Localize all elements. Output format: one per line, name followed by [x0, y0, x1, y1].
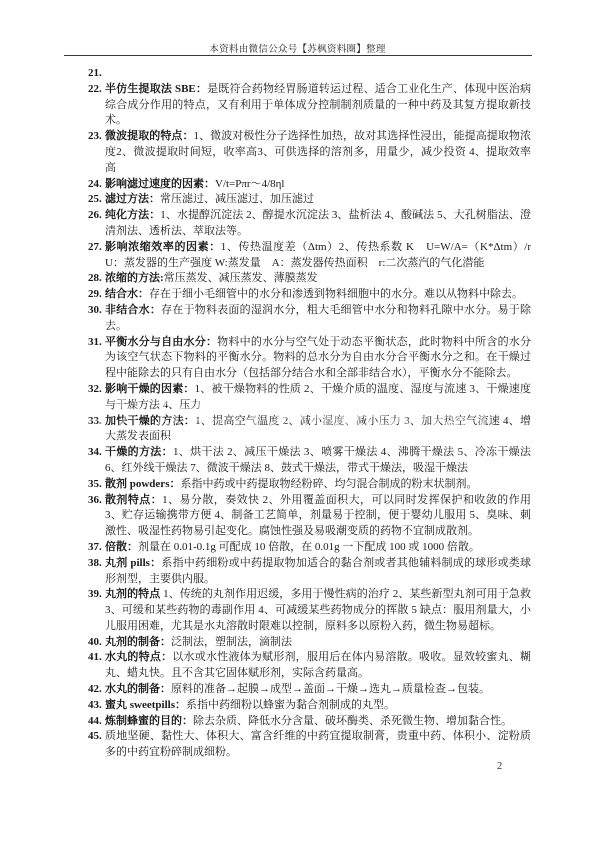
list-item: 39. 丸剂的特点 1、传统的丸剂作用迟缓，多用于慢性病的治疗 2、某些新型丸剂…: [88, 587, 531, 634]
list-item: 27. 影响浓缩效率的因素：1、传热温度差（Δtm）2、传热系数 K U=W/A…: [88, 240, 531, 272]
list-item: 25. 滤过方法：常压滤过、减压滤过、加压滤过: [88, 192, 531, 208]
item-text: 1、易分散，奏效快 2、外用覆盖面积大，可以同时发挥保护和收敛的作用 3、贮存运…: [105, 494, 531, 538]
item-term: 影响干燥的因素：: [105, 383, 195, 395]
item-text: 系指中药细粉或中药提取物加适合的黏合剂或者其他辅料制成的球形或类球形剂型，主要供…: [105, 557, 531, 585]
item-term: 微波提取的特点：: [105, 130, 194, 142]
item-number: 22.: [88, 82, 105, 98]
list-item: 36. 散剂特点：1、易分散，奏效快 2、外用覆盖面积大，可以同时发挥保护和收敛…: [88, 493, 531, 540]
item-text: 系指中药细粉以蜂蜜为黏合剂制成的丸型。: [186, 699, 395, 711]
item-number: 31.: [88, 335, 105, 351]
item-term: 丸剂 pills：: [105, 557, 161, 569]
list-item: 23. 微波提取的特点：1、微波对极性分子选择性加热，故对其选择性浸出，能提高提…: [88, 129, 531, 176]
item-number: 24.: [88, 177, 105, 193]
item-term: 平衡水分与自由水分：: [105, 336, 217, 348]
list-item: 44. 炼制蜂蜜的目的：除去杂质、降低水分含量、破坏酶类、杀死微生物、增加黏合性…: [88, 714, 531, 730]
item-text: 除去杂质、降低水分含量、破坏酶类、杀死微生物、增加黏合性。: [193, 715, 512, 727]
item-text: 存在于细小毛细管中的水分和渗透到物料细胞中的水分。难以从物料中除去。: [149, 288, 523, 300]
list-item: 28. 浓缩的方法:常压蒸发、减压蒸发、薄膜蒸发: [88, 271, 531, 287]
item-text: 系指中药或中药提取物经粉碎、均匀混合制成的粉末状制剂。: [180, 478, 477, 490]
item-term: 炼制蜂蜜的目的：: [105, 715, 193, 727]
item-number: 35.: [88, 477, 105, 493]
item-number: 45.: [88, 729, 105, 745]
item-number: 26.: [88, 208, 105, 224]
list-item: 26. 纯化方法：1、水提醇沉淀法 2、醇提水沉淀法 3、盐析法 4、酸碱法 5…: [88, 208, 531, 240]
list-item: 42. 水丸的制备：原料的准备→起膜→成型→盖面→干燥→选丸→质量检查→包装。: [88, 682, 531, 698]
list-item: 31. 平衡水分与自由水分：物料中的水分与空气处于动态平衡状态，此时物料中所含的…: [88, 335, 531, 382]
item-number: 39.: [88, 587, 105, 603]
item-term: 纯化方法：: [105, 209, 160, 221]
item-text: 常压蒸发、减压蒸发、薄膜蒸发: [164, 272, 318, 284]
item-number: 27.: [88, 240, 105, 256]
item-text: 泛制法，塑制法，滴制法: [171, 636, 292, 648]
item-term: 影响浓缩效率的因素：: [105, 241, 221, 253]
list-item: 37. 倍散：剂量在 0.01-0.1g 可配成 10 倍散，在 0.01g 一…: [88, 540, 531, 556]
item-term: 水丸的制备：: [105, 683, 171, 695]
item-number: 23.: [88, 129, 105, 145]
item-text: 质地坚硬、黏性大、体积大、富含纤维的中药宜提取制膏，贵重中药、体积小、淀粉质多的…: [105, 730, 531, 758]
list-item: 22. 半仿生提取法 SBE：是既符合药物经胃肠道转运过程、适合工业化生产、体现…: [88, 82, 531, 129]
page-header-text: 本资料由微信公众号【苏枫资料圈】整理: [0, 41, 595, 55]
page-number: 2: [497, 761, 502, 772]
item-number: 21.: [88, 66, 105, 82]
item-number: 38.: [88, 556, 105, 572]
item-text: 常压滤过、减压滤过、加压滤过: [160, 193, 314, 205]
item-term: 倍散：: [105, 541, 138, 553]
items-list: 21. 22. 半仿生提取法 SBE：是既符合药物经胃肠道转运过程、适合工业化生…: [88, 66, 531, 761]
list-item: 41. 水丸的特点：以水或水性液体为赋形剂，服用后在体内易溶散。吸收。显效较蜜丸…: [88, 650, 531, 682]
list-item: 33. 加快干燥的方法：1、提高空气温度 2、减小湿度、减小压力 3、加大热空气…: [88, 414, 531, 446]
list-item: 34. 干燥的方法：1、烘干法 2、减压干燥法 3、喷雾干燥法 4、沸腾干燥法 …: [88, 445, 531, 477]
list-item: 30. 非结合水：存在于物料表面的湿润水分，粗大毛细管中水分和物料孔隙中水分。易…: [88, 303, 531, 335]
list-item: 40. 丸剂的制备：泛制法，塑制法，滴制法: [88, 635, 531, 651]
item-term: 半仿生提取法 SBE：: [105, 83, 207, 95]
item-number: 29.: [88, 287, 105, 303]
item-number: 32.: [88, 382, 105, 398]
item-term: 非结合水：: [105, 304, 161, 316]
list-item: 38. 丸剂 pills：系指中药细粉或中药提取物加适合的黏合剂或者其他辅料制成…: [88, 556, 531, 588]
list-item: 43. 蜜丸 sweetpills：系指中药细粉以蜂蜜为黏合剂制成的丸型。: [88, 698, 531, 714]
item-number: 36.: [88, 493, 105, 509]
item-text: V/t=Pπr～4/8ηl: [215, 178, 284, 190]
item-text: 原料的准备→起膜→成型→盖面→干燥→选丸→质量检查→包装。: [171, 683, 490, 695]
list-item: 45. 质地坚硬、黏性大、体积大、富含纤维的中药宜提取制膏，贵重中药、体积小、淀…: [88, 729, 531, 761]
list-item: 29. 结合水：存在于细小毛细管中的水分和渗透到物料细胞中的水分。难以从物料中除…: [88, 287, 531, 303]
header-rule: [64, 55, 532, 56]
item-term: 影响滤过速度的因素：: [105, 178, 215, 190]
item-number: 44.: [88, 714, 105, 730]
item-term: 加快干燥的方法：: [105, 415, 195, 427]
item-number: 37.: [88, 540, 105, 556]
item-text: 剂量在 0.01-0.1g 可配成 10 倍散，在 0.01g 一下配成 100…: [138, 541, 480, 553]
item-number: 34.: [88, 445, 105, 461]
item-term: 蜜丸 sweetpills：: [105, 699, 186, 711]
item-number: 41.: [88, 650, 105, 666]
item-term: 散剂 powders：: [105, 478, 180, 490]
item-text: 1、传统的丸剂作用迟缓，多用于慢性病的治疗 2、某些新型丸剂可用于急救 3、可缓…: [105, 588, 531, 632]
document-page: 本资料由微信公众号【苏枫资料圈】整理 21. 22. 半仿生提取法 SBE：是既…: [0, 0, 595, 841]
item-term: 丸剂的特点: [105, 588, 160, 600]
item-term: 丸剂的制备：: [105, 636, 171, 648]
item-number: 28.: [88, 271, 105, 287]
item-number: 40.: [88, 635, 105, 651]
item-term: 浓缩的方法:: [105, 272, 164, 284]
item-number: 33.: [88, 414, 105, 430]
list-item: 32. 影响干燥的因素：1、被干燥物料的性质 2、干燥介质的温度、湿度与流速 3…: [88, 382, 531, 414]
item-number: 25.: [88, 192, 105, 208]
item-number: 43.: [88, 698, 105, 714]
item-text: 1、水提醇沉淀法 2、醇提水沉淀法 3、盐析法 4、酸碱法 5、大孔树脂法、澄清…: [105, 209, 531, 237]
item-number: 30.: [88, 303, 105, 319]
item-term: 干燥的方法：: [105, 446, 173, 458]
item-text: 存在于物料表面的湿润水分，粗大毛细管中水分和物料孔隙中水分。易于除去。: [105, 304, 531, 332]
item-term: 滤过方法：: [105, 193, 160, 205]
item-term: 散剂特点：: [105, 494, 162, 506]
item-term: 结合水：: [105, 288, 149, 300]
list-item: 35. 散剂 powders：系指中药或中药提取物经粉碎、均匀混合制成的粉末状制…: [88, 477, 531, 493]
item-number: 42.: [88, 682, 105, 698]
list-item: 24. 影响滤过速度的因素：V/t=Pπr～4/8ηl: [88, 177, 531, 193]
list-item: 21.: [88, 66, 531, 82]
item-term: 水丸的特点：: [105, 651, 172, 663]
